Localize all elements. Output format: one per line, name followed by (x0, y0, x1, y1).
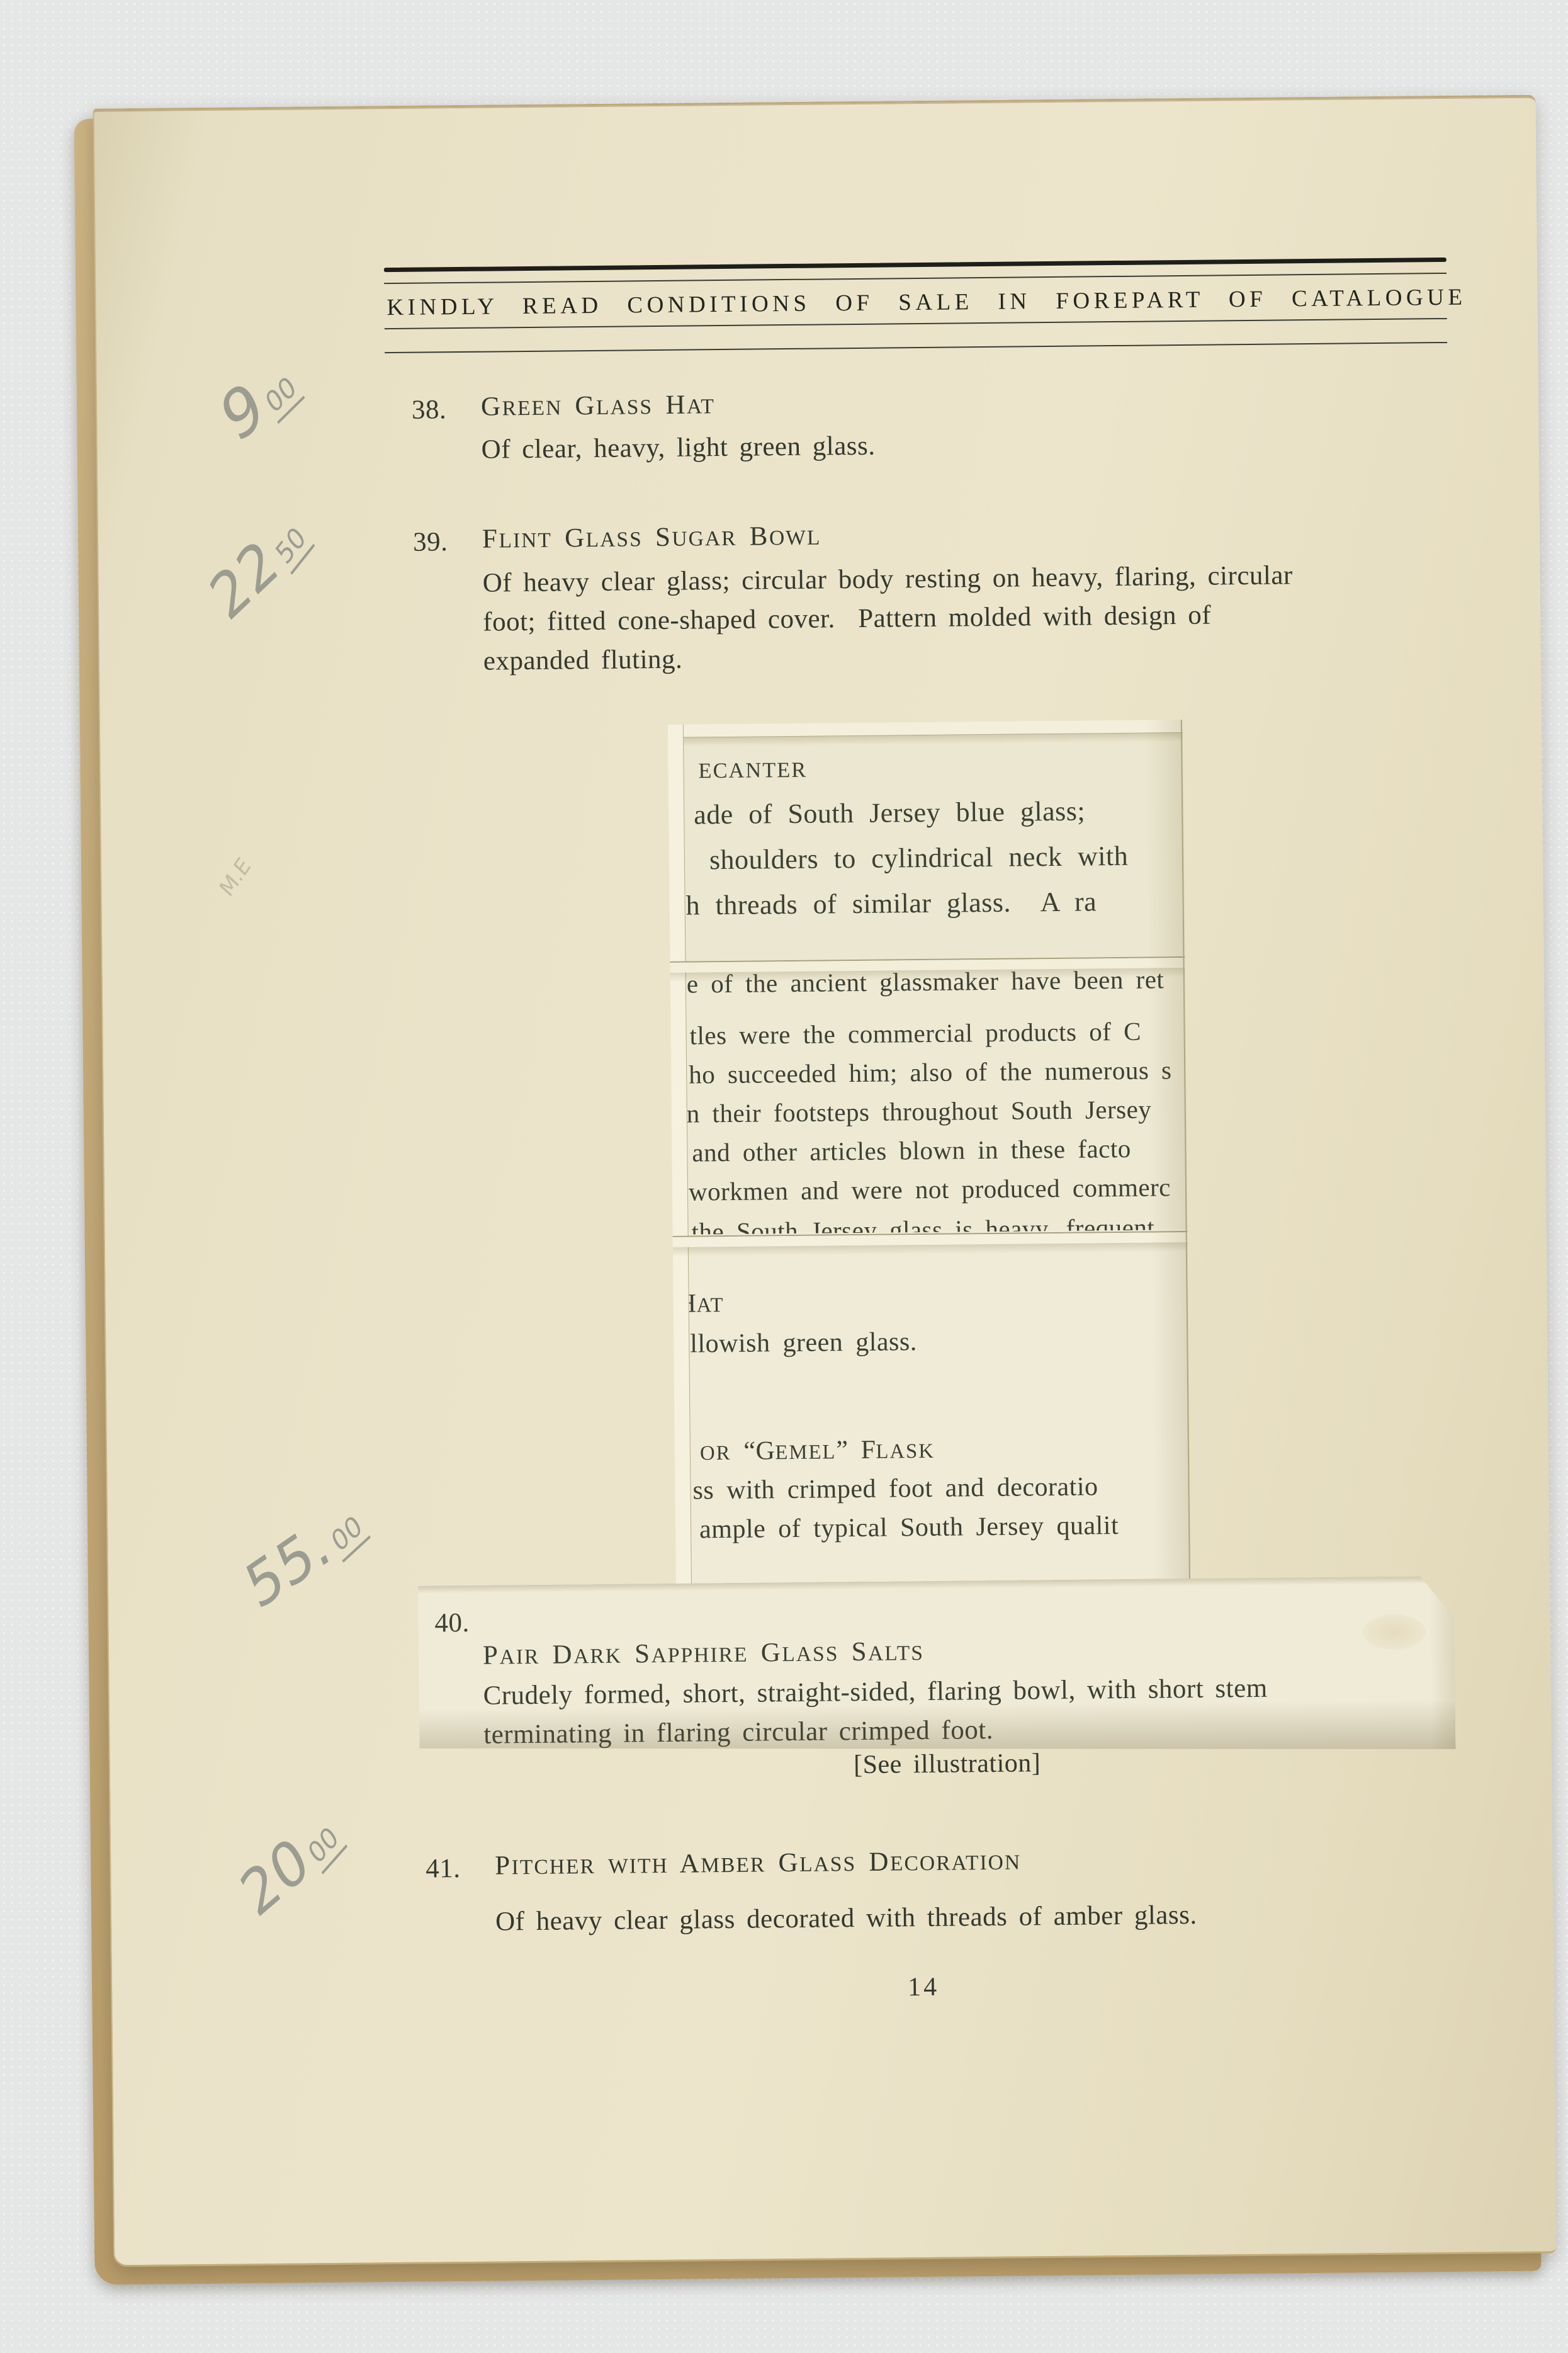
under-gemel-title: OR “GEMEL” FLASK (700, 1435, 935, 1466)
under-decanter-title: ECANTER (698, 753, 807, 785)
lot-39-title: FLINT GLASS SUGAR BOWL (482, 521, 821, 554)
lot-40-title: PAIR DARK SAPPHIRE GLASS SALTS (483, 1636, 924, 1670)
catalogue-page: KINDLY READ CONDITIONS OF SALE IN FOREPA… (93, 95, 1556, 2267)
under-paragraph-line-3: ho succeeded him; also of the numerous s (689, 1056, 1172, 1089)
lot-39-pencil-price: 2250 (195, 502, 324, 630)
lot-41-description: Of heavy clear glass decorated with thre… (495, 1900, 1197, 1937)
catalogue-photo: KINDLY READ CONDITIONS OF SALE IN FOREPA… (0, 0, 1568, 2353)
lot-39-description-line-2: foot; fitted cone-shaped cover. Pattern … (483, 601, 1211, 637)
lot-39-number: 39. (413, 527, 448, 557)
under-gemel-line-1: ss with crimped foot and decoratio (692, 1472, 1098, 1505)
pencil-price-main: 55. (237, 1507, 339, 1623)
faint-pencil-initials: M.E (215, 853, 256, 902)
lot-40-number: 40. (434, 1608, 470, 1638)
under-paragraph-line-4: n their footsteps throughout South Jerse… (687, 1096, 1152, 1128)
lower-cut-right-shadow (1429, 1576, 1456, 1750)
under-decanter-line-1: ade of South Jersey blue glass; (694, 796, 1085, 830)
cut-right-shadow (1145, 720, 1191, 1582)
header-rule-thin-lower-2 (385, 342, 1447, 353)
lot-38-number: 38. (412, 395, 447, 425)
lot-38-description: Of clear, heavy, light green glass. (481, 431, 875, 465)
header-rule-thin-upper (384, 273, 1447, 284)
cutout-window-tall: ECANTER ade of South Jersey blue glass; … (668, 720, 1191, 1586)
pencil-price-cents: 00 (325, 1507, 371, 1563)
lot-41-pencil-price: 2000 (225, 1801, 356, 1927)
lot-40-pencil-price: 55.00 (231, 1489, 378, 1619)
book: KINDLY READ CONDITIONS OF SALE IN FOREPA… (93, 95, 1556, 2267)
lot-39-description-line-1: Of heavy clear glass; circular body rest… (482, 560, 1293, 598)
under-decanter-line-2: shoulders to cylindrical neck with (709, 841, 1129, 876)
under-gemel-line-2: ample of typical South Jersey qualit (699, 1511, 1119, 1545)
under-paragraph-line-6: workmen and were not produced commerc (689, 1173, 1171, 1206)
lot-38-pencil-price: 900 (205, 347, 313, 454)
page-number: 14 (895, 1973, 952, 2002)
lot-39-description-line-3: expanded fluting. (483, 645, 683, 676)
paper-stain (1362, 1614, 1426, 1650)
conditions-notice: KINDLY READ CONDITIONS OF SALE IN FOREPA… (386, 284, 1466, 321)
lot-41-number: 41. (426, 1854, 461, 1884)
see-illustration-note: [See illustration] (828, 1749, 1067, 1780)
pencil-price-main: 20 (230, 1823, 319, 1931)
under-hat-line: llowish green glass. (690, 1327, 917, 1359)
under-paragraph-line-2: tles were the commercial products of C (689, 1018, 1141, 1050)
under-paragraph-line-5: and other articles blown in these facto (692, 1135, 1131, 1167)
pencil-price-main: 9 (211, 366, 274, 458)
header-rule-thick (384, 258, 1447, 272)
lot-38-title: GREEN GLASS HAT (481, 390, 715, 422)
lot-41-title: PITCHER WITH AMBER GLASS DECORATION (495, 1846, 1021, 1881)
cutout-window-lower: 40. PAIR DARK SAPPHIRE GLASS SALTS Crude… (418, 1576, 1456, 1760)
under-decanter-line-3: h threads of similar glass. A ra (685, 887, 1097, 921)
